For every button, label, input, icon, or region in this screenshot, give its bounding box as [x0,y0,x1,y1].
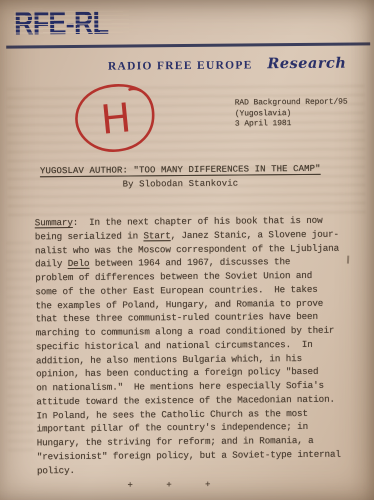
report-info-line-3: 3 April 1981 [235,119,348,131]
document-page: RFE-RL RADIO FREE EUROPE Research H RAD … [0,0,374,500]
scanned-content: RFE-RL RADIO FREE EUROPE Research H RAD … [0,0,374,500]
rferl-logo: RFE-RL [14,5,129,39]
bleed-through-texture [6,241,34,451]
report-info: RAD Background Report/95 (Yugoslavia) 3 … [235,98,348,131]
grade-letter: H [99,95,133,144]
rferl-logo-text: RFE-RL [14,6,109,40]
byline: By Slobodan Stankovic [0,177,373,190]
masthead: RADIO FREE EUROPE Research [108,55,347,75]
document-title: YUGOSLAV AUTHOR: "TOO MANY DIFFERENCES I… [0,163,373,176]
summary-paragraph: Summary: In the next chapter of his book… [35,214,357,478]
summary-line: specific historical and national circums… [36,337,356,354]
header-divider [6,42,370,48]
masthead-title: RADIO FREE EUROPE [108,59,253,72]
footer-separator: + + + [2,478,374,491]
summary-line: "revisionist" foreign policy, but a Sovi… [37,447,357,464]
report-info-line-1: RAD Background Report/95 [235,98,348,110]
summary-line: policy. [37,461,357,478]
summary-line: attitude toward the existence of the Mac… [36,392,356,409]
document-title-text: YUGOSLAV AUTHOR: "TOO MANY DIFFERENCES I… [40,164,321,176]
masthead-research-script: Research [267,55,346,73]
handwritten-grade-annotation: H [69,80,164,157]
